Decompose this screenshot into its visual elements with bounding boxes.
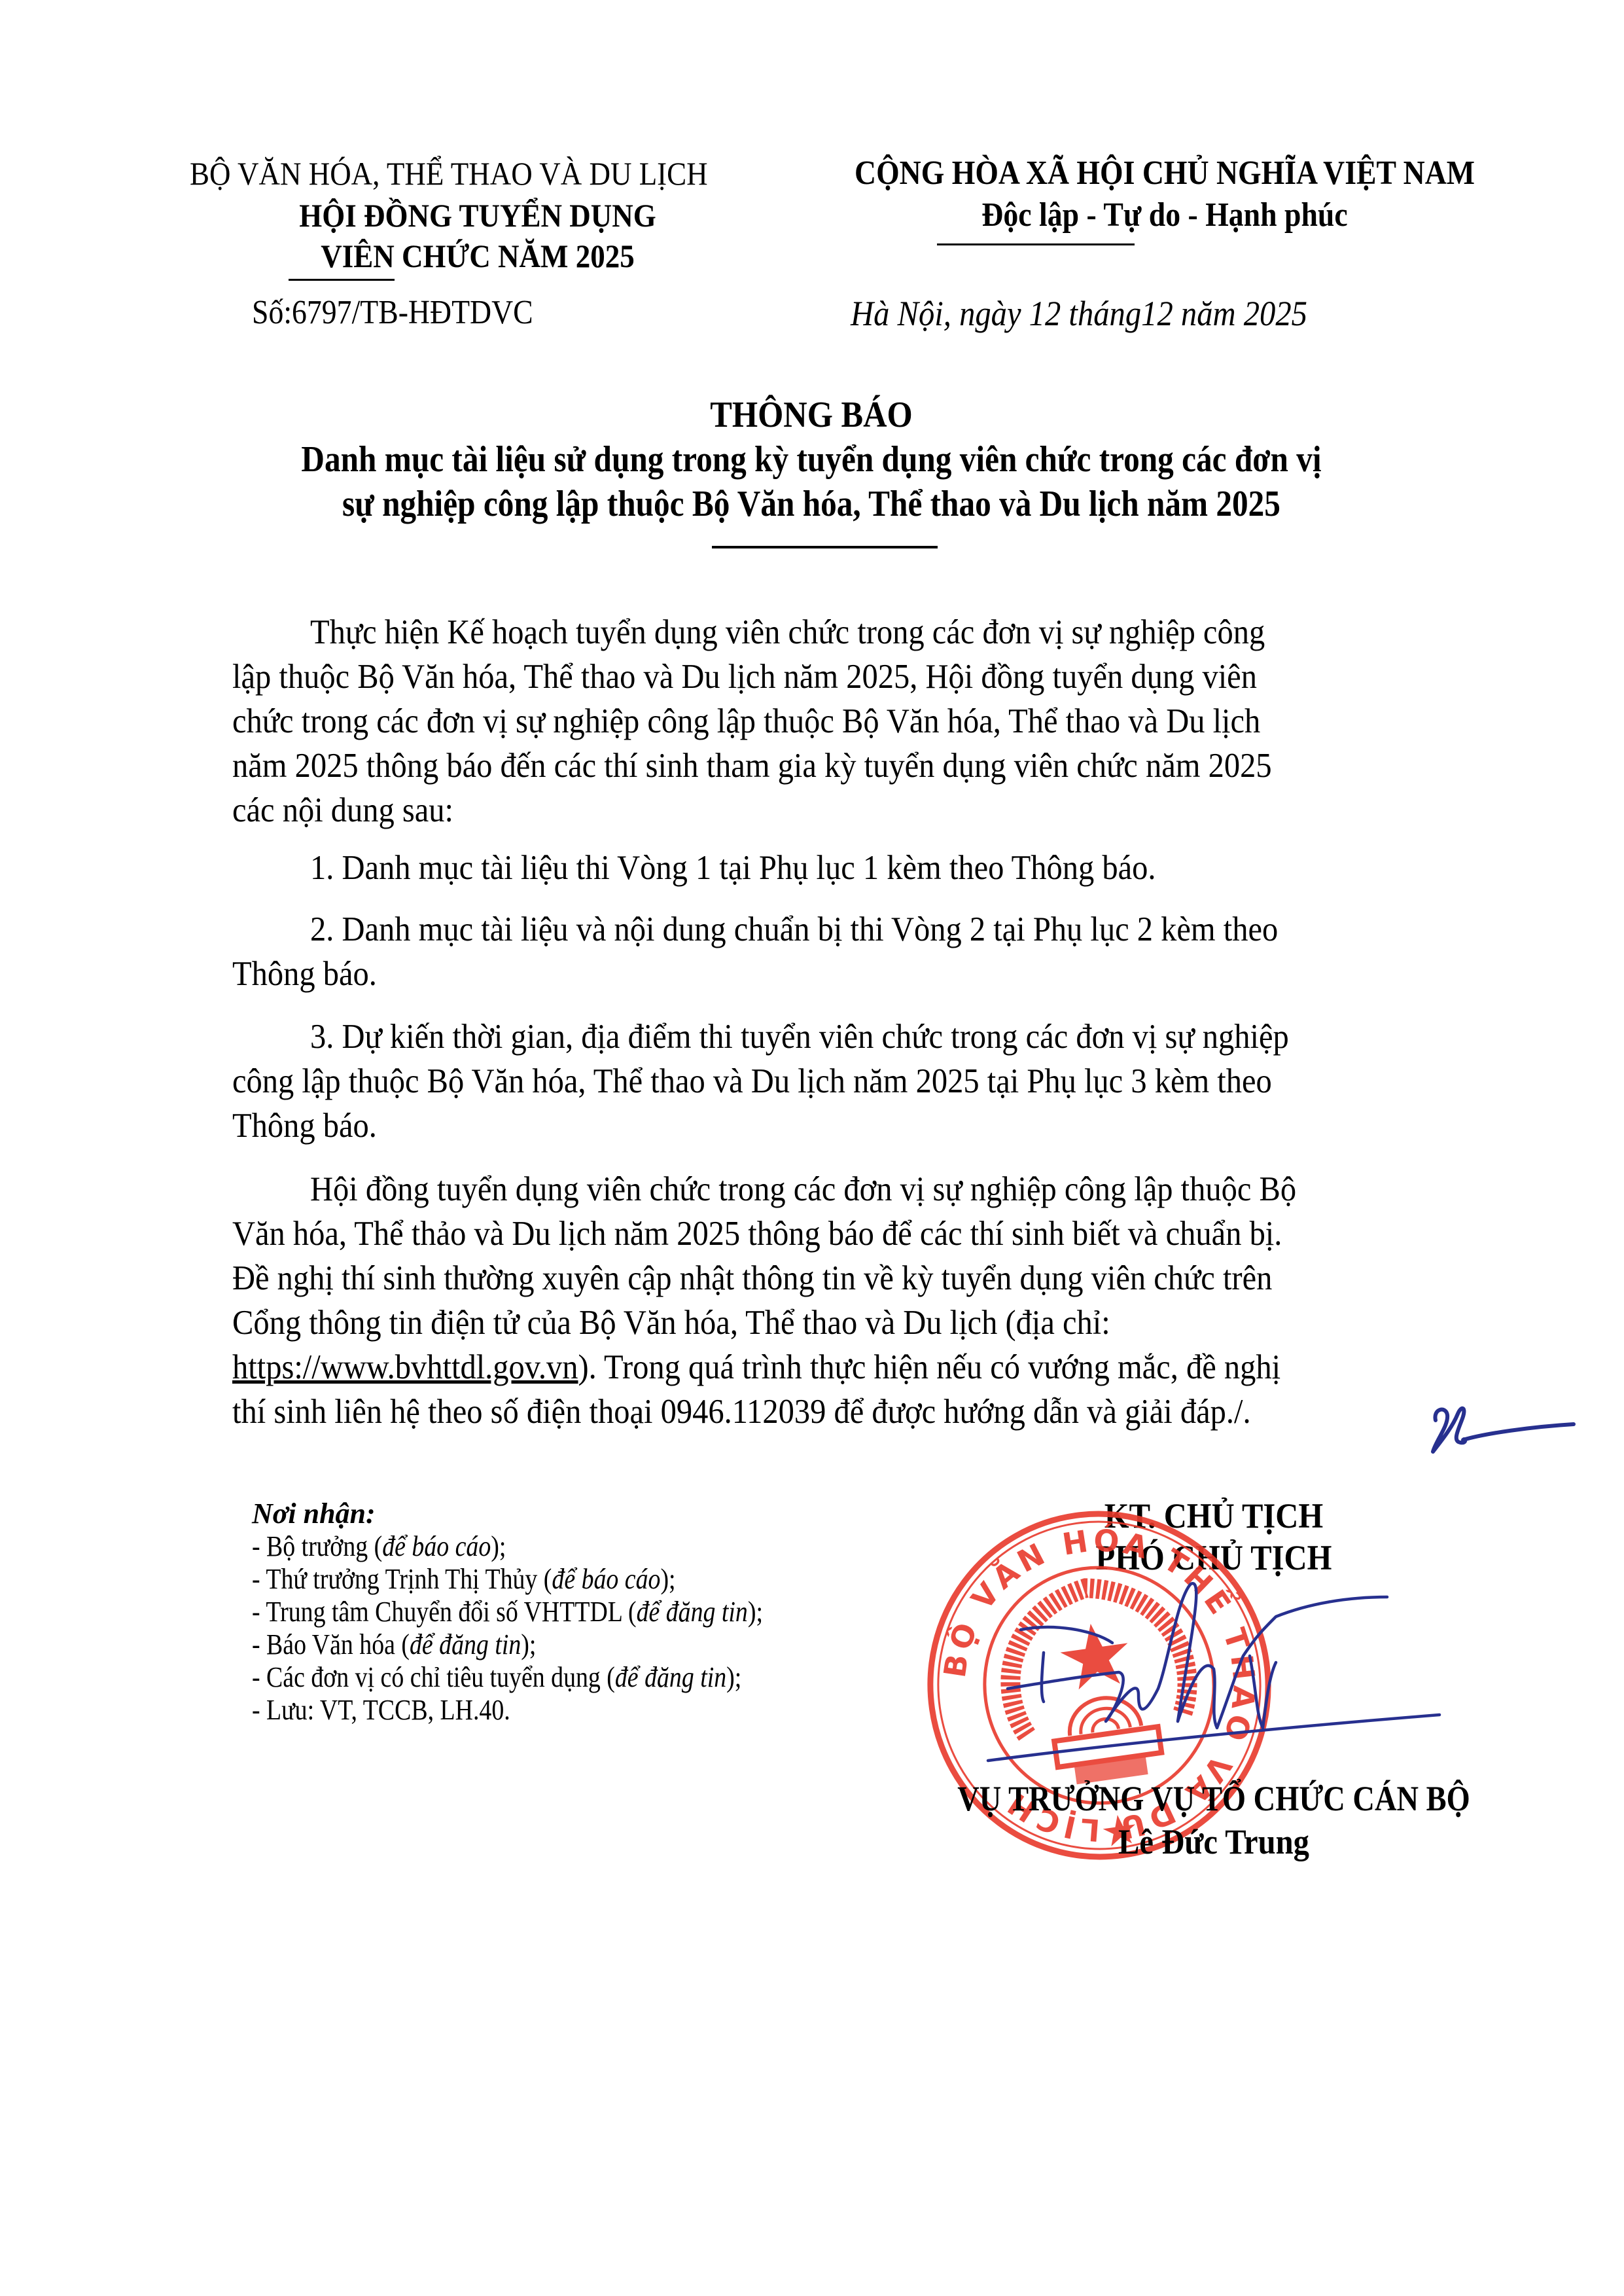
recipients-heading: Nơi nhận: <box>252 1498 841 1530</box>
closing-paragraph: Hội đồng tuyển dụng viên chức trong các … <box>232 1167 1453 1434</box>
text-line: chức trong các đơn vị sự nghiệp công lập… <box>232 699 1349 744</box>
text-line: Đề nghị thí sinh thường xuyên cập nhật t… <box>232 1256 1349 1300</box>
recipient-item: - Các đơn vị có chỉ tiêu tuyển dụng (để … <box>252 1661 758 1694</box>
text-line: Cổng thông tin điện tử của Bộ Văn hóa, T… <box>232 1300 1349 1345</box>
text-line: năm 2025 thông báo đến các thí sinh tham… <box>232 744 1349 788</box>
recipient-item: - Thứ trưởng Trịnh Thị Thủy (để báo cáo)… <box>252 1563 758 1596</box>
issuing-authority: BỘ VĂN HÓA, THỂ THAO VÀ DU LỊCH HỘI ĐỒNG… <box>190 152 779 276</box>
text-line: lập thuộc Bộ Văn hóa, Thể thao và Du lịc… <box>232 655 1349 699</box>
recipient-item: - Bộ trưởng (để báo cáo); <box>252 1530 758 1563</box>
document-title: THÔNG BÁO Danh mục tài liệu sử dụng tron… <box>196 393 1426 526</box>
text-line: công lập thuộc Bộ Văn hóa, Thể thao và D… <box>232 1059 1349 1103</box>
subject-line-2: sự nghiệp công lập thuộc Bộ Văn hóa, Thể… <box>270 482 1352 526</box>
country-name: CỘNG HÒA XÃ HỘI CHỦ NGHĨA VIỆT NAM <box>848 152 1481 195</box>
national-heading: CỘNG HÒA XÃ HỘI CHỦ NGHĨA VIỆT NAM Độc l… <box>805 152 1525 236</box>
signer-position: VỤ TRƯỞNG VỤ TỔ CHỨC CÁN BỘ <box>947 1778 1481 1820</box>
council-name-line2: VIÊN CHỨC NĂM 2025 <box>219 236 737 276</box>
council-name-line1: HỘI ĐỒNG TUYỂN DỤNG <box>219 195 737 236</box>
text-line: thí sinh liên hệ theo số điện thoại 0946… <box>232 1390 1349 1434</box>
document-number: Số:6797/TB-HĐTDVC <box>252 293 533 332</box>
national-motto: Độc lập - Tự do - Hạnh phúc <box>848 195 1481 236</box>
recipient-item: - Trung tâm Chuyển đổi số VHTTDL (để đăn… <box>252 1596 758 1628</box>
handwritten-signature-icon <box>981 1558 1453 1767</box>
text-line: https://www.bvhttdl.gov.vn). Trong quá t… <box>232 1345 1349 1390</box>
intro-paragraph: Thực hiện Kế hoạch tuyển dụng viên chức … <box>232 610 1453 833</box>
recipient-item: - Báo Văn hóa (để đăng tin); <box>252 1628 758 1661</box>
text-line: 1. Danh mục tài liệu thi Vòng 1 tại Phụ … <box>232 846 1349 890</box>
signer-name: Lê Đức Trung <box>934 1821 1494 1863</box>
text-line: Hội đồng tuyển dụng viên chức trong các … <box>232 1167 1349 1211</box>
subject-line-1: Danh mục tài liệu sử dụng trong kỳ tuyển… <box>270 437 1352 482</box>
issue-date: Hà Nội, ngày 12 tháng12 năm 2025 <box>851 293 1307 334</box>
list-item-3: 3. Dự kiến thời gian, địa điểm thi tuyển… <box>232 1014 1453 1148</box>
motto-divider <box>937 243 1135 245</box>
text-line: Thực hiện Kế hoạch tuyển dụng viên chức … <box>232 610 1349 655</box>
text-after-link: ). Trong quá trình thực hiện nếu có vướn… <box>578 1348 1281 1386</box>
title-divider <box>712 546 938 548</box>
text-line: các nội dung sau: <box>232 788 1349 833</box>
text-line: Văn hóa, Thể thảo và Du lịch năm 2025 th… <box>232 1211 1349 1256</box>
document-type: THÔNG BÁO <box>258 393 1365 437</box>
text-line: 2. Danh mục tài liệu và nội dung chuẩn b… <box>232 907 1349 952</box>
text-line: Thông báo. <box>232 952 1349 996</box>
text-line: 3. Dự kiến thời gian, địa điểm thi tuyển… <box>232 1014 1349 1059</box>
list-item-2: 2. Danh mục tài liệu và nội dung chuẩn b… <box>232 907 1453 996</box>
list-item-1: 1. Danh mục tài liệu thi Vòng 1 tại Phụ … <box>232 846 1453 890</box>
recipient-item: - Lưu: VT, TCCB, LH.40. <box>252 1694 758 1727</box>
initial-signature-icon <box>1426 1401 1577 1460</box>
recipients-list: Nơi nhận: - Bộ trưởng (để báo cáo); - Th… <box>252 1498 841 1727</box>
ministry-name: BỘ VĂN HÓA, THỂ THAO VÀ DU LỊCH <box>190 152 720 195</box>
authority-divider <box>289 279 395 281</box>
portal-link[interactable]: https://www.bvhttdl.gov.vn <box>232 1348 578 1386</box>
text-line: Thông báo. <box>232 1103 1349 1148</box>
